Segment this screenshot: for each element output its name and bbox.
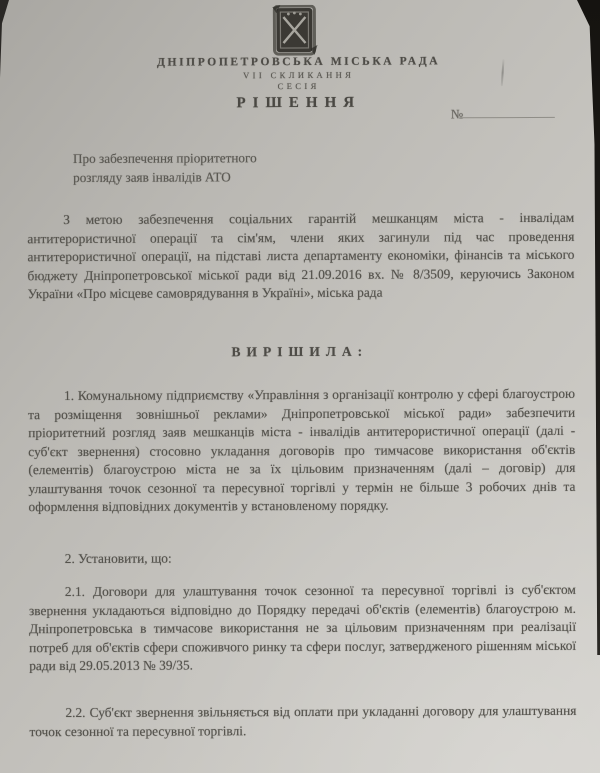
- item-2-1-paragraph: 2.1. Договори для улаштування точок сезо…: [29, 581, 576, 676]
- document-content: ДНІПРОПЕТРОВСЬКА МІСЬКА РАДА VII СКЛИКАН…: [0, 0, 600, 773]
- subject-line-2: розгляду заяв інвалідів АТО: [73, 167, 303, 187]
- number-sign-label: №: [451, 106, 463, 121]
- organization-name: ДНІПРОПЕТРОВСЬКА МІСЬКА РАДА: [0, 55, 599, 70]
- resolved-heading: ВИРІШИЛА:: [0, 343, 600, 362]
- number-blank-underline: [463, 105, 555, 118]
- item-1-paragraph: 1. Комунальному підприємству «Управління…: [28, 385, 576, 517]
- preamble-paragraph: З метою забезпечення соціальних гарантій…: [27, 209, 574, 304]
- document-number-line: №: [451, 105, 555, 122]
- city-coat-of-arms-icon: [270, 5, 318, 57]
- item-2-2-paragraph: 2.2. Суб'єкт звернення звільняється від …: [29, 702, 576, 741]
- subject-line-1: Про забезпечення пріоритетного: [73, 148, 303, 168]
- scanned-decision-document: ДНІПРОПЕТРОВСЬКА МІСЬКА РАДА VII СКЛИКАН…: [0, 0, 600, 773]
- item-2-paragraph: 2. Установити, що:: [29, 548, 576, 569]
- subject-block: Про забезпечення пріоритетного розгляду …: [73, 148, 303, 187]
- session-line: СЕСІЯ: [0, 80, 599, 93]
